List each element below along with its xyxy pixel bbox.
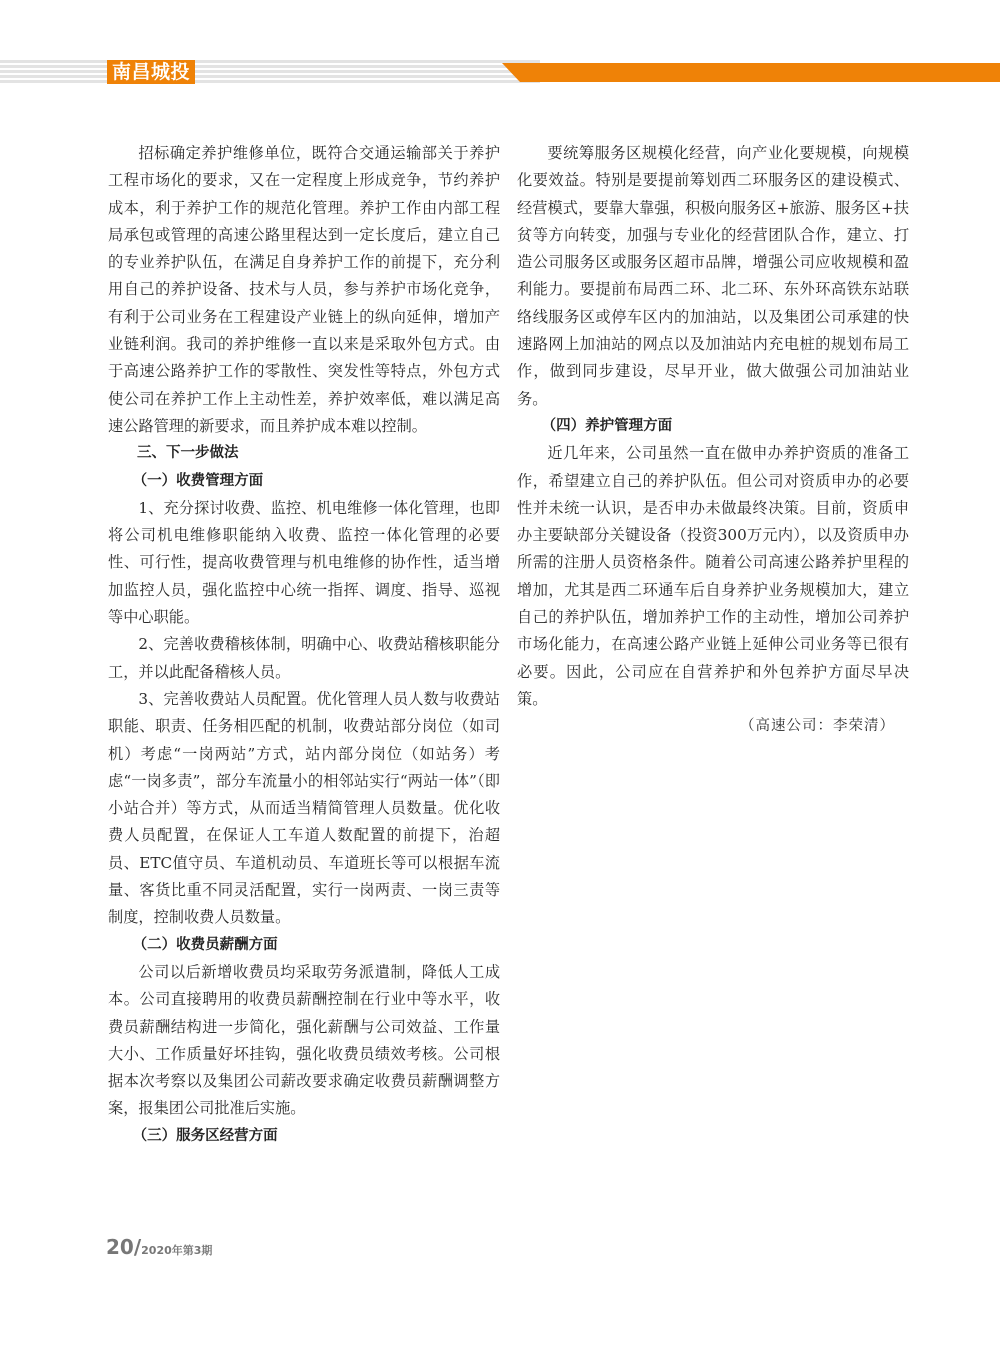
left-column: 招标确定养护维修单位，既符合交通运输部关于养护工程市场化的要求，又在一定程度上形… — [108, 140, 500, 1150]
right-column: 要统筹服务区规模化经营，向产业化要规模，向规模化要效益。特别是要提前筹划西二环服… — [517, 140, 909, 741]
header-orange-band — [502, 63, 1000, 82]
paragraph-maintenance-intro: 招标确定养护维修单位，既符合交通运输部关于养护工程市场化的要求，又在一定程度上形… — [108, 140, 500, 440]
magazine-logo: 南昌城投 — [107, 60, 195, 84]
section-heading-next-steps: 三、下一步做法 — [108, 440, 500, 467]
paragraph-maintenance: 近几年来，公司虽然一直在做申办养护资质的准备工作，希望建立自己的养护队伍。但公司… — [517, 440, 909, 713]
paragraph-item-3: 3、完善收费站人员配置。优化管理人员人数与收费站职能、职责、任务相匹配的机制，收… — [108, 686, 500, 932]
page-footer: 20/2020年第3期 — [106, 1235, 212, 1259]
paragraph-salary: 公司以后新增收费员均采取劳务派遣制，降低人工成本。公司直接聘用的收费员薪酬控制在… — [108, 959, 500, 1123]
header-stripes — [0, 60, 540, 84]
page-number: 20/ — [106, 1235, 141, 1259]
author-byline: （高速公司：李荣清） — [517, 713, 909, 740]
page-header: 南昌城投 — [0, 60, 1000, 84]
subheading-toll-management: （一）收费管理方面 — [108, 468, 500, 495]
paragraph-item-1: 1、充分探讨收费、监控、机电维修一体化管理，也即将公司机电维修职能纳入收费、监控… — [108, 495, 500, 631]
subheading-service-area: （三）服务区经营方面 — [108, 1123, 500, 1150]
paragraph-service-area: 要统筹服务区规模化经营，向产业化要规模，向规模化要效益。特别是要提前筹划西二环服… — [517, 140, 909, 413]
subheading-maintenance: （四）养护管理方面 — [517, 413, 909, 440]
paragraph-item-2: 2、完善收费稽核体制，明确中心、收费站稽核职能分工，并以此配备稽核人员。 — [108, 631, 500, 686]
issue-label: 2020年第3期 — [141, 1244, 212, 1257]
subheading-toll-salary: （二）收费员薪酬方面 — [108, 932, 500, 959]
